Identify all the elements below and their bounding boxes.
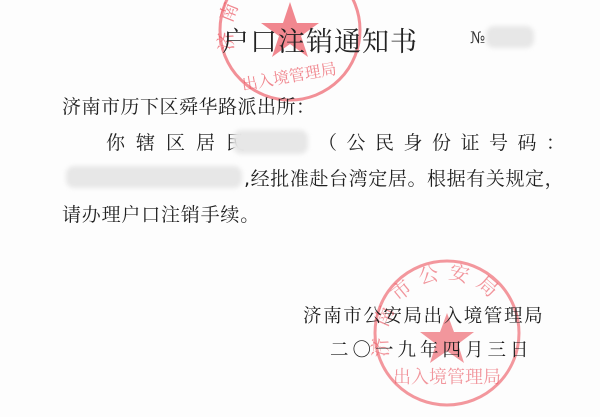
paragraph-line-3: ,经批准赴台湾定居。根据有关规定，: [244, 164, 564, 191]
notice-document: 济南市公安局 出入境管理局 济南市公安局 出入境管理局 户口注销通知书 № 济南…: [0, 0, 600, 417]
serial-number-label: №: [470, 28, 485, 47]
issuing-authority: 济南市公安局出入境管理局: [303, 302, 544, 328]
svg-text:出入境管理局: 出入境管理局: [240, 59, 338, 94]
paragraph-line-4: 请办理户口注销手续。: [62, 200, 260, 227]
official-seal-bottom: 济南市公安局 出入境管理局: [367, 253, 527, 413]
id-number-redacted: [66, 166, 242, 188]
id-number-label: （公民身份证号码：: [318, 128, 575, 155]
svg-text:出入境管理局: 出入境管理局: [393, 367, 501, 388]
addressee: 济南市历下区舜华路派出所：: [62, 92, 316, 119]
document-title: 户口注销通知书: [222, 20, 418, 59]
issue-date: 二〇一九年四月三日: [330, 336, 533, 362]
resident-name-redacted: [233, 130, 308, 154]
serial-number-redacted: [486, 26, 534, 48]
